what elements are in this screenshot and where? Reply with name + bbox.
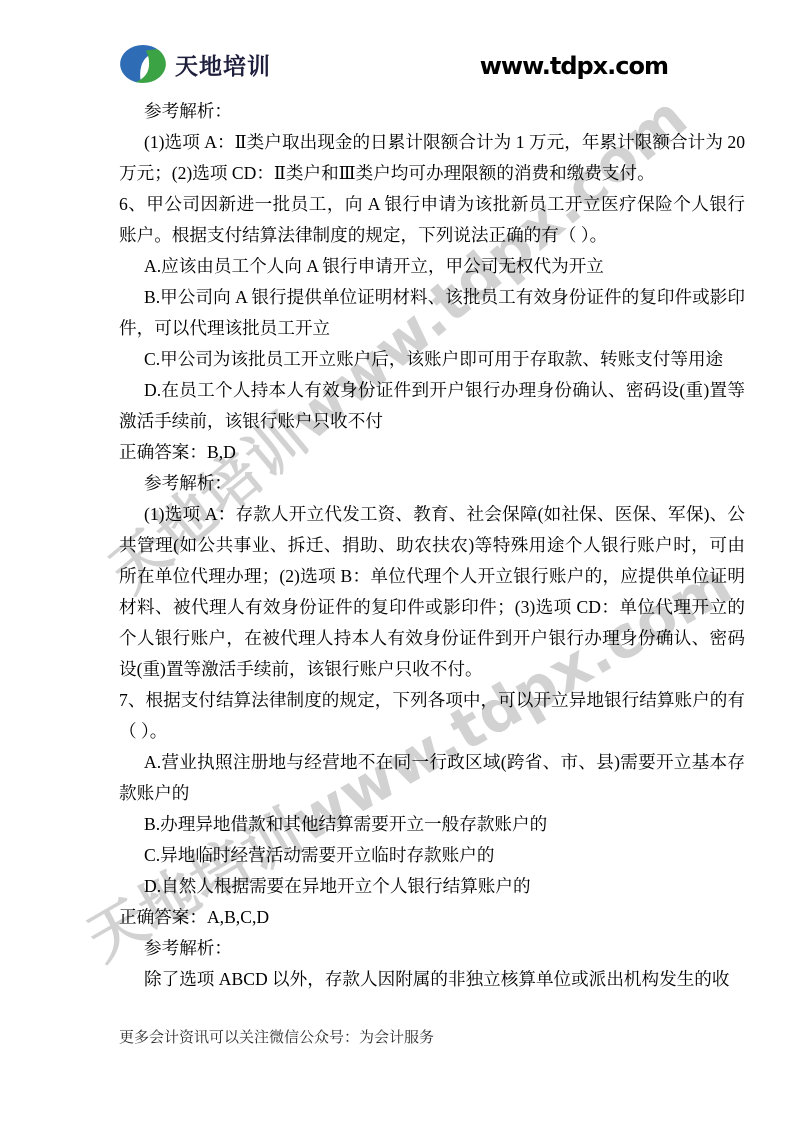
logo-swirl-icon <box>119 44 167 84</box>
paragraph: 参考解析： <box>119 468 745 499</box>
paragraph: 参考解析： <box>119 933 745 964</box>
paragraph: A.应该由员工个人向 A 银行申请开立，甲公司无权代为开立 <box>119 251 745 282</box>
paragraph: D.在员工个人持本人有效身份证件到开户银行办理身份确认、密码设(重)置等激活手续… <box>119 375 745 437</box>
page-header: 天地培训 www.tdpx.com <box>0 38 793 98</box>
logo-text: 天地培训 <box>175 48 271 81</box>
paragraph: D.自然人根据需要在异地开立个人银行结算账户的 <box>119 871 745 902</box>
paragraph: 7、根据支付结算法律制度的规定，下列各项中，可以开立异地银行结算账户的有（ ）。 <box>119 685 745 747</box>
paragraph: C.异地临时经营活动需要开立临时存款账户的 <box>119 840 745 871</box>
paragraph: 正确答案：B,D <box>119 437 745 468</box>
paragraph: 正确答案：A,B,C,D <box>119 902 745 933</box>
document-body: 参考解析： (1)选项 A：Ⅱ类户取出现金的日累计限额合计为 1 万元，年累计限… <box>119 96 745 995</box>
paragraph: B.办理异地借款和其他结算需要开立一般存款账户的 <box>119 809 745 840</box>
paragraph: B.甲公司向 A 银行提供单位证明材料、该批员工有效身份证件的复印件或影印件，可… <box>119 282 745 344</box>
paragraph: (1)选项 A：Ⅱ类户取出现金的日累计限额合计为 1 万元，年累计限额合计为 2… <box>119 127 745 189</box>
paragraph: A.营业执照注册地与经营地不在同一行政区域(跨省、市、县)需要开立基本存款账户的 <box>119 747 745 809</box>
footer-note: 更多会计资讯可以关注微信公众号：为会计服务 <box>119 1026 434 1047</box>
paragraph: (1)选项 A：存款人开立代发工资、教育、社会保障(如社保、医保、军保)、公共管… <box>119 499 745 685</box>
paragraph: 除了选项 ABCD 以外，存款人因附属的非独立核算单位或派出机构发生的收 <box>119 964 745 995</box>
paragraph: C.甲公司为该批员工开立账户后，该账户即可用于存取款、转账支付等用途 <box>119 344 745 375</box>
document-page: 天地培训www.tdpx.com 天地培训www.tdpx.com 天地培训 w… <box>0 0 793 1122</box>
paragraph: 参考解析： <box>119 96 745 127</box>
paragraph: 6、甲公司因新进一批员工，向 A 银行申请为该批新员工开立医疗保险个人银行账户。… <box>119 189 745 251</box>
site-url: www.tdpx.com <box>480 52 668 80</box>
brand-logo: 天地培训 <box>119 44 271 84</box>
